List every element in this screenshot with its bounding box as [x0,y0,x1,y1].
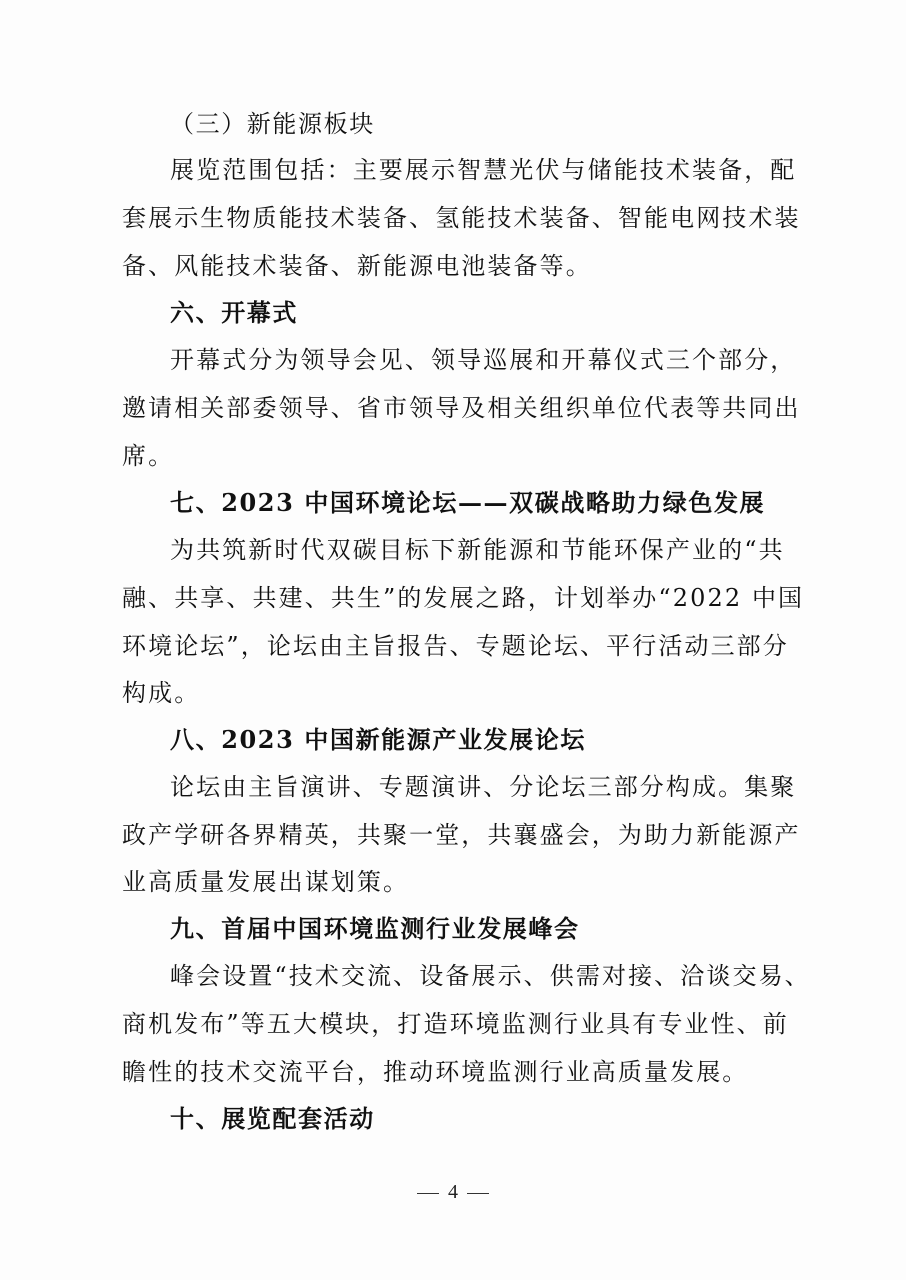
section-heading-new-energy-forum: 八、2023 中国新能源产业发展论坛 [170,724,810,756]
page-number: 4 [0,1178,906,1206]
dash-right [467,1193,489,1194]
paragraph-line: 席。 [122,440,762,472]
paragraph-line: 邀请相关部委领导、省市领导及相关组织单位代表等共同出 [122,392,762,424]
paragraph-line: 展览范围包括：主要展示智慧光伏与储能技术装备，配 [170,154,810,186]
section-heading-opening-ceremony: 六、开幕式 [170,297,810,329]
paragraph-line: 构成。 [122,677,762,709]
paragraph-line: 为共筑新时代双碳目标下新能源和节能环保产业的“共 [170,534,810,566]
paragraph-line: 开幕式分为领导会见、领导巡展和开幕仪式三个部分， [170,344,810,376]
paragraph-line: 融、共享、共建、共生”的发展之路，计划举办“2022 中国 [122,582,762,614]
paragraph-line: 环境论坛”，论坛由主旨报告、专题论坛、平行活动三部分 [122,630,762,662]
section-heading-environment-forum: 七、2023 中国环境论坛——双碳战略助力绿色发展 [170,487,810,519]
paragraph-line: 业高质量发展出谋划策。 [122,866,762,898]
document-page: （三）新能源板块 展览范围包括：主要展示智慧光伏与储能技术装备，配 套展示生物质… [0,0,906,1280]
paragraph-line: 瞻性的技术交流平台，推动环境监测行业高质量发展。 [122,1056,762,1088]
section-heading-new-energy: （三）新能源板块 [170,108,810,140]
section-heading-monitoring-summit: 九、首届中国环境监测行业发展峰会 [170,913,810,945]
dash-left [417,1193,439,1194]
paragraph-line: 政产学研各界精英，共聚一堂，共襄盛会，为助力新能源产 [122,819,762,851]
page-number-value: 4 [448,1181,458,1203]
paragraph-line: 峰会设置“技术交流、设备展示、供需对接、洽谈交易、 [170,960,810,992]
section-heading-supporting-activities: 十、展览配套活动 [170,1103,810,1135]
paragraph-line: 论坛由主旨演讲、专题演讲、分论坛三部分构成。集聚 [170,771,810,803]
paragraph-line: 备、风能技术装备、新能源电池装备等。 [122,250,762,282]
paragraph-line: 商机发布”等五大模块，打造环境监测行业具有专业性、前 [122,1008,762,1040]
paragraph-line: 套展示生物质能技术装备、氢能技术装备、智能电网技术装 [122,202,762,234]
